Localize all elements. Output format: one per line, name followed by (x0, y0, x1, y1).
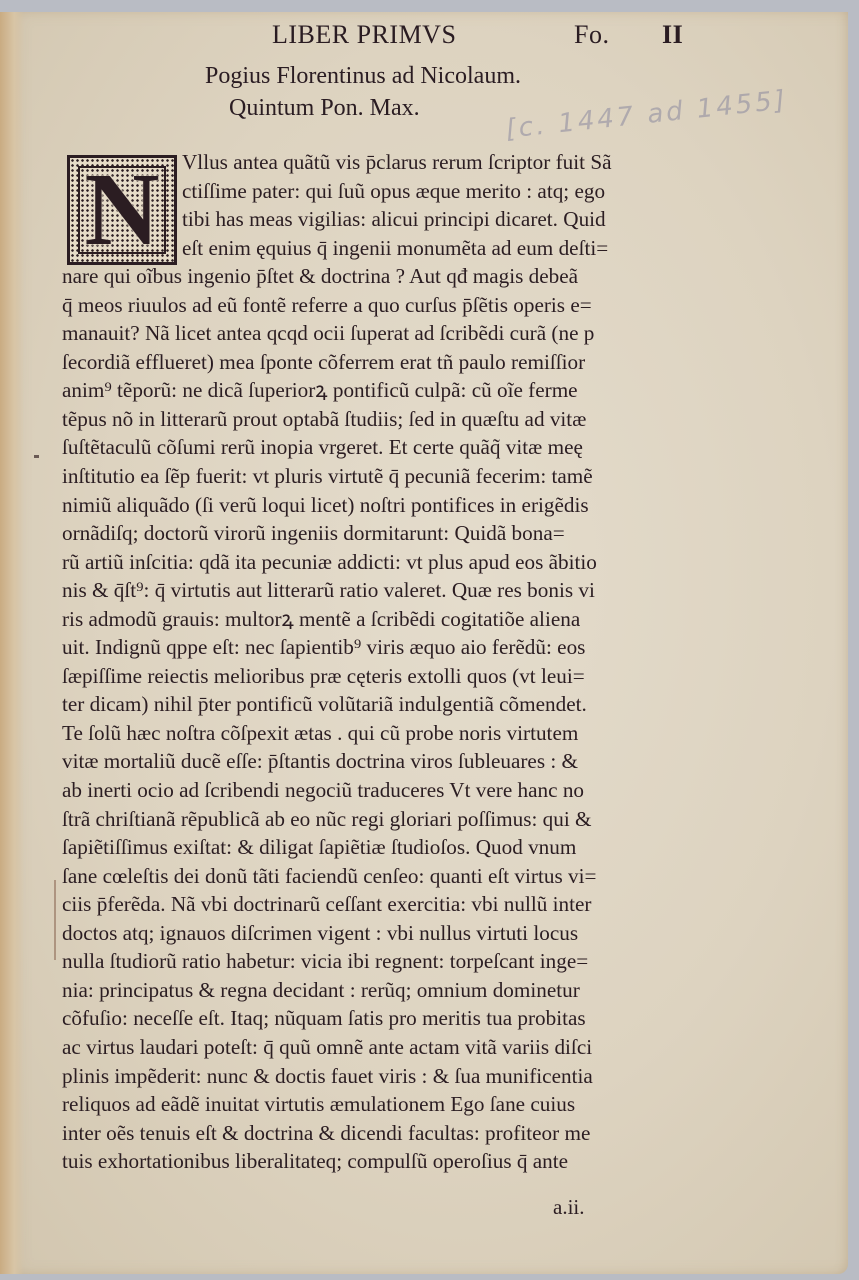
text-line: ris admodũ grauis: multorꝝ mentẽ a ſcrib… (62, 605, 687, 634)
running-head-title: LIBER PRIMVS (272, 20, 456, 50)
text-line: nimiũ aliquãdo (ſi verũ loqui licet) noſ… (62, 491, 687, 520)
text-line: ſapiẽtiſſimus exiſtat: & diligat ſapiẽti… (62, 833, 687, 862)
margin-rule (54, 880, 56, 960)
text-line: anim⁹ tẽporũ: ne dicã ſuperiorꝝ pontific… (62, 376, 687, 405)
running-head: LIBER PRIMVS Fo. II (272, 20, 702, 54)
dedication-heading: Pogius Florentinus ad Nicolaum. Quintum … (205, 60, 521, 124)
heading-line-2: Quintum Pon. Max. (205, 92, 521, 124)
text-line: q̄ meos riuulos ad eũ fontẽ referre a qu… (62, 291, 687, 320)
folio-label: Fo. (574, 20, 609, 50)
text-line: plinis impẽderit: nunc & doctis fauet vi… (62, 1062, 687, 1091)
text-line: ſuſtẽtaculũ cõſumi rerũ inopia vrgeret. … (62, 433, 687, 462)
folio-number: II (662, 20, 683, 50)
text-line: ſane cœleſtis dei donũ tãti faciendũ cen… (62, 862, 687, 891)
text-line: tuis exhortationibus liberalitateq; comp… (62, 1147, 687, 1176)
text-line: ſtrã chriſtianã rẽpublicã ab eo nũc regi… (62, 805, 687, 834)
text-line: nis & q̄ſt⁹: q̄ virtutis aut litterarũ r… (62, 576, 687, 605)
text-line: nulla ſtudiorũ ratio habetur: vicia ibi … (62, 947, 687, 976)
text-line: cõfuſio: neceſſe eſt. Itaq; nũquam ſatis… (62, 1004, 687, 1033)
body-text: Vllus antea quãtũ vis p̄clarus rerum ſcr… (62, 148, 687, 1176)
text-line: ac virtus laudari poteſt: q̄ quũ omnẽ an… (62, 1033, 687, 1062)
text-line: reliquos ad eãdẽ inuitat virtutis æmulat… (62, 1090, 687, 1119)
heading-line-1: Pogius Florentinus ad Nicolaum. (205, 60, 521, 92)
text-line: ctiſſime pater: qui ſuũ opus æque merito… (62, 177, 687, 206)
text-line: Vllus antea quãtũ vis p̄clarus rerum ſcr… (62, 148, 687, 177)
signature-mark: a.ii. (553, 1195, 585, 1220)
text-line: nare qui oĩbus ingenio p̄ſtet & doctrina… (62, 262, 687, 291)
text-line: inſtitutio ea ſẽp fuerit: vt pluris virt… (62, 462, 687, 491)
text-line: tẽpus nõ in litterarũ prout optabã ſtudi… (62, 405, 687, 434)
text-line: tibi has meas vigilias: alicui principi … (62, 205, 687, 234)
text-line: ter dicam) nihil p̄ter pontificũ volũtar… (62, 690, 687, 719)
margin-mark (34, 455, 39, 458)
text-line: rũ artiũ inſcitia: qdã ita pecuniæ addic… (62, 548, 687, 577)
text-line: doctos atq; ignauos diſcrimen vigent : v… (62, 919, 687, 948)
text-line: nia: principatus & regna decidant : rerũ… (62, 976, 687, 1005)
text-line: ſæpiſſime reiectis melioribus præ cęteri… (62, 662, 687, 691)
text-line: eſt enim ęquius q̄ ingenii monumẽta ad e… (62, 234, 687, 263)
page-gutter (0, 12, 24, 1274)
text-line: inter oẽs tenuis eſt & doctrina & dicend… (62, 1119, 687, 1148)
text-line: manauit? Nã licet antea qcqd ocii ſupera… (62, 319, 687, 348)
text-line: uit. Indignũ qppe eſt: nec ſapientib⁹ vi… (62, 633, 687, 662)
text-line: Te ſolũ hæc noſtra cõſpexit ætas . qui c… (62, 719, 687, 748)
text-line: ab inerti ocio ad ſcribendi negociũ trad… (62, 776, 687, 805)
text-line: ornãdiſq; doctorũ virorũ ingeniis dormit… (62, 519, 687, 548)
text-line: ciis p̄ferẽda. Nã vbi doctrinarũ ceſſant… (62, 890, 687, 919)
text-line: ſecordiã efflueret) mea ſponte cõferrem … (62, 348, 687, 377)
text-line: vitæ mortaliũ ducẽ eſſe: p̄ſtantis doctr… (62, 747, 687, 776)
